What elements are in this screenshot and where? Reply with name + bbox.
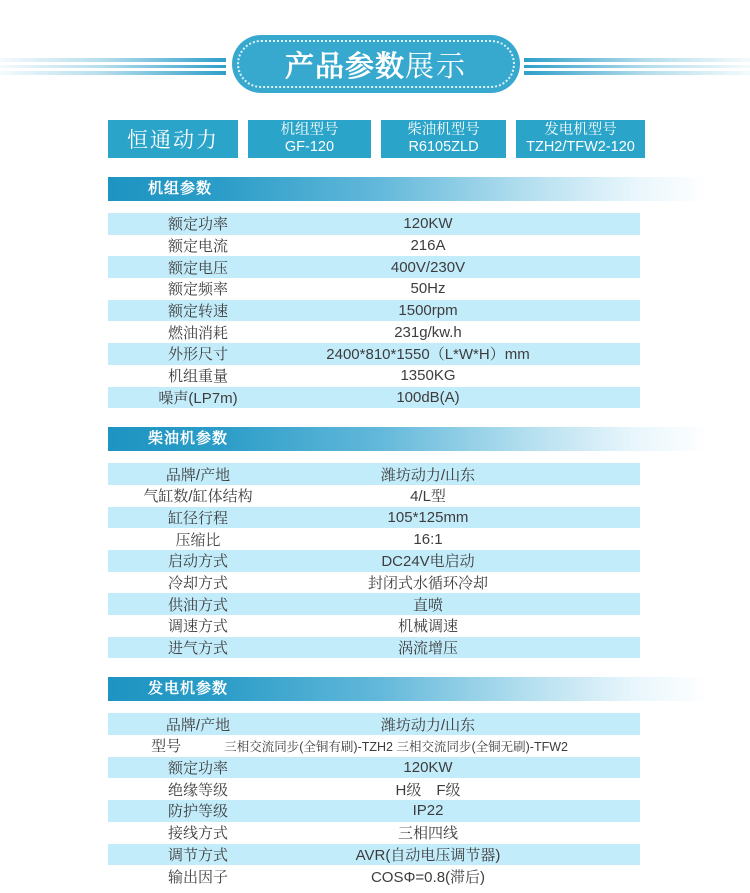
row-label: 调节方式: [108, 844, 288, 865]
row-label: 额定功率: [108, 213, 288, 234]
row-label: 冷却方式: [108, 572, 288, 593]
row-label: 输出因子: [108, 866, 288, 887]
row-value: 直喷: [288, 594, 640, 615]
row-label: 噪声(LP7m): [108, 387, 288, 408]
row-value: 216A: [288, 237, 640, 254]
row-value: 涡流增压: [288, 637, 640, 658]
table-row: 绝缘等级H级 F级: [108, 778, 640, 800]
row-label: 品牌/产地: [108, 464, 288, 485]
page-title: 产品参数: [285, 44, 405, 85]
row-label: 额定频率: [108, 278, 288, 299]
model-box-diesel-engine-label: 柴油机型号: [407, 122, 480, 139]
row-label: 绝缘等级: [108, 779, 288, 800]
table-row: 额定转速1500rpm: [108, 300, 640, 322]
table-row: 冷却方式封闭式水循环冷却: [108, 572, 640, 594]
table-row: 调速方式机械调速: [108, 615, 640, 637]
table-row: 型号三相交流同步(全铜有刷)-TZH2 三相交流同步(全铜无刷)-TFW2: [108, 735, 640, 757]
row-label: 额定转速: [108, 300, 288, 321]
table-row: 机组重量1350KG: [108, 365, 640, 387]
model-box-unit: 机组型号 GF-120: [248, 120, 371, 158]
row-label: 额定电压: [108, 257, 288, 278]
table-row: 额定电压400V/230V: [108, 256, 640, 278]
product-spec-sheet: 产品参数展示 恒通动力 机组型号 GF-120 柴油机型号 R6105ZLD 发…: [0, 0, 750, 887]
section-title-bar: 柴油机参数: [108, 427, 708, 451]
row-value: 100dB(A): [288, 389, 640, 406]
table-row: 启动方式DC24V电启动: [108, 550, 640, 572]
table-row: 调节方式AVR(自动电压调节器): [108, 844, 640, 866]
model-box-generator-label: 发电机型号: [544, 122, 617, 139]
row-value: 封闭式水循环冷却: [288, 572, 640, 593]
row-value: 三相四线: [288, 822, 640, 843]
table-row: 供油方式直喷: [108, 593, 640, 615]
row-value: 50Hz: [288, 280, 640, 297]
table-row: 压缩比16:1: [108, 528, 640, 550]
title-banner: 产品参数展示: [232, 35, 520, 93]
spec-section: 柴油机参数品牌/产地潍坊动力/山东气缸数/缸体结构4/L型缸径行程105*125…: [0, 427, 750, 658]
model-box-diesel-engine: 柴油机型号 R6105ZLD: [381, 120, 506, 158]
row-value: 105*125mm: [288, 509, 640, 526]
table-row: 额定功率120KW: [108, 757, 640, 779]
table-row: 输出因子COSΦ=0.8(滞后): [108, 865, 640, 887]
page-title-suffix: 展示: [405, 44, 467, 85]
row-value: 潍坊动力/山东: [288, 464, 640, 485]
spec-sections: 机组参数额定功率120KW额定电流216A额定电压400V/230V额定频率50…: [0, 177, 750, 887]
row-label: 外形尺寸: [108, 343, 288, 364]
section-title-bar: 发电机参数: [108, 677, 708, 701]
spec-table: 品牌/产地潍坊动力/山东型号三相交流同步(全铜有刷)-TZH2 三相交流同步(全…: [108, 713, 640, 887]
row-value: IP22: [288, 802, 640, 819]
table-row: 外形尺寸2400*810*1550（L*W*H）mm: [108, 343, 640, 365]
row-value: 三相交流同步(全铜有刷)-TZH2 三相交流同步(全铜无刷)-TFW2: [224, 737, 640, 755]
table-row: 燃油消耗231g/kw.h: [108, 321, 640, 343]
model-box-unit-value: GF-120: [285, 139, 334, 156]
section-title-bar: 机组参数: [108, 177, 708, 201]
table-row: 防护等级IP22: [108, 800, 640, 822]
row-value: 2400*810*1550（L*W*H）mm: [288, 343, 640, 364]
model-box-generator-value: TZH2/TFW2-120: [526, 139, 635, 156]
table-row: 品牌/产地潍坊动力/山东: [108, 713, 640, 735]
model-box-diesel-engine-value: R6105ZLD: [408, 139, 478, 156]
row-label: 型号: [108, 735, 224, 756]
table-row: 品牌/产地潍坊动力/山东: [108, 463, 640, 485]
row-label: 品牌/产地: [108, 714, 288, 735]
table-row: 接线方式三相四线: [108, 822, 640, 844]
row-label: 进气方式: [108, 637, 288, 658]
table-row: 进气方式涡流增压: [108, 637, 640, 659]
row-value: 潍坊动力/山东: [288, 714, 640, 735]
spec-section: 机组参数额定功率120KW额定电流216A额定电压400V/230V额定频率50…: [0, 177, 750, 408]
spec-table: 品牌/产地潍坊动力/山东气缸数/缸体结构4/L型缸径行程105*125mm压缩比…: [108, 463, 640, 658]
row-label: 额定功率: [108, 757, 288, 778]
row-label: 燃油消耗: [108, 322, 288, 343]
row-value: 1350KG: [288, 367, 640, 384]
row-label: 额定电流: [108, 235, 288, 256]
row-label: 缸径行程: [108, 507, 288, 528]
table-row: 气缸数/缸体结构4/L型: [108, 485, 640, 507]
row-value: COSΦ=0.8(滞后): [288, 866, 640, 887]
row-value: 机械调速: [288, 615, 640, 636]
row-value: 1500rpm: [288, 302, 640, 319]
row-value: AVR(自动电压调节器): [288, 844, 640, 865]
row-label: 供油方式: [108, 594, 288, 615]
model-header-row: 恒通动力 机组型号 GF-120 柴油机型号 R6105ZLD 发电机型号 TZ…: [108, 120, 645, 158]
row-label: 机组重量: [108, 365, 288, 386]
row-value: 231g/kw.h: [288, 324, 640, 341]
row-value: 400V/230V: [288, 259, 640, 276]
brand-box: 恒通动力: [108, 120, 238, 158]
row-label: 气缸数/缸体结构: [108, 485, 288, 506]
row-value: DC24V电启动: [288, 550, 640, 571]
row-value: H级 F级: [288, 779, 640, 800]
table-row: 噪声(LP7m)100dB(A): [108, 387, 640, 409]
row-label: 防护等级: [108, 800, 288, 821]
table-row: 缸径行程105*125mm: [108, 507, 640, 529]
divider-lines-right: [524, 58, 750, 78]
spec-table: 额定功率120KW额定电流216A额定电压400V/230V额定频率50Hz额定…: [108, 213, 640, 408]
row-value: 120KW: [288, 759, 640, 776]
row-value: 16:1: [288, 531, 640, 548]
table-row: 额定频率50Hz: [108, 278, 640, 300]
divider-lines-left: [0, 58, 226, 78]
spec-section: 发电机参数品牌/产地潍坊动力/山东型号三相交流同步(全铜有刷)-TZH2 三相交…: [0, 677, 750, 887]
row-value: 4/L型: [288, 485, 640, 506]
model-box-generator: 发电机型号 TZH2/TFW2-120: [516, 120, 645, 158]
row-value: 120KW: [288, 215, 640, 232]
title-banner-area: 产品参数展示: [0, 0, 750, 120]
model-box-unit-label: 机组型号: [281, 122, 339, 139]
row-label: 压缩比: [108, 529, 288, 550]
row-label: 接线方式: [108, 822, 288, 843]
table-row: 额定功率120KW: [108, 213, 640, 235]
row-label: 调速方式: [108, 615, 288, 636]
row-label: 启动方式: [108, 550, 288, 571]
table-row: 额定电流216A: [108, 235, 640, 257]
